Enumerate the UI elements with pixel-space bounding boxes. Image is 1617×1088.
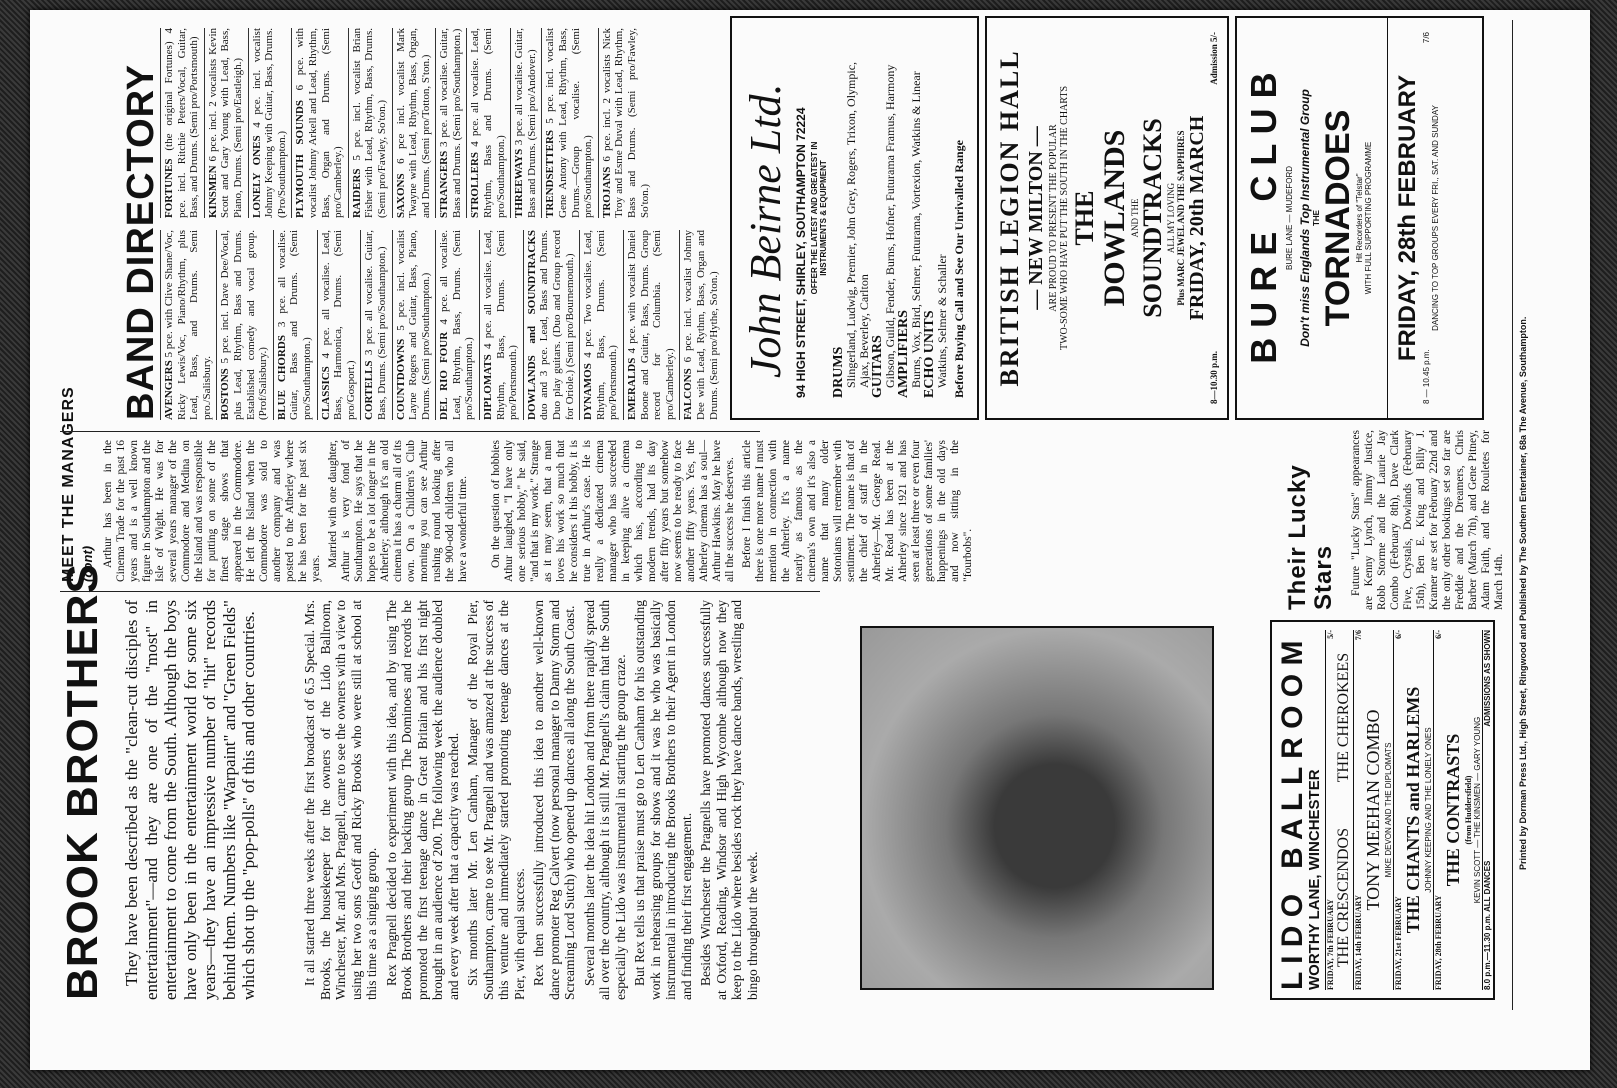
article-paragraph: Before I finish this article there is on…	[741, 440, 975, 582]
managers-subtitle: (cont)	[80, 546, 95, 582]
section-items: Slingerland, Ludwig, Premier, John Grey,…	[845, 38, 871, 398]
lucky-stars-headline: Their Lucky Stars	[1285, 430, 1337, 610]
band-entry: BOSTONS 5 pce. incl. Dave Dee/Vocal, plu…	[216, 230, 269, 420]
act-name: TORNADOES	[1321, 18, 1355, 418]
lucky-stars-text: Future "Lucky Stars" appearances are Ken…	[1350, 430, 1510, 610]
john-beirne-address: 94 HIGH STREET, SHIRLEY, SOUTHAMPTON 722…	[794, 107, 808, 398]
act-name: THE CONTRASTS	[1443, 630, 1464, 990]
event-date: FRIDAY, 20th MARCH	[1186, 18, 1209, 418]
band-entry: KINSMEN 6 pce. incl. 2 vocalists Kevin S…	[204, 28, 245, 218]
column-divider	[60, 431, 760, 432]
act-article: THE	[1070, 18, 1100, 418]
band-entry: LONELY ONES 4 pce. incl. vocalist Johnny…	[248, 28, 289, 218]
section-items: Watkins, Selmer & Schaller	[936, 38, 949, 398]
printer-imprint: Printed by Dorman Press Ltd., High Stree…	[1518, 317, 1528, 870]
brook-brothers-photo	[860, 626, 1214, 990]
support-act: KEVIN SCOTT — THE KINSMEN — GARY YOUNG	[1473, 630, 1482, 990]
club-title: B U R E C L U B	[1243, 18, 1285, 418]
club-tagline: Don't miss Englands Top Instrumental Gro…	[1298, 18, 1312, 418]
article-paragraph: Besides Winchester the Pragnells have pr…	[698, 600, 760, 1000]
band-entry: DIPLOMATS 4 pce. all vocalise. Lead, Rhy…	[479, 230, 520, 420]
act-name: DOWLANDS	[1100, 18, 1130, 418]
band-entry: EMERALDS 4 pce. with vocalist Daniel Boo…	[623, 230, 676, 420]
band-entry: FORTUNES (the original Fortunes) 4 pce. …	[160, 28, 201, 218]
club-footer: DANCING TO TOP GROUPS EVERY FRI., SAT. A…	[1431, 18, 1440, 418]
band-entry: SAXONS 6 pce incl. vocalist Mark Twayne …	[392, 28, 433, 218]
event-time: 8—10.30 p.m.	[1209, 351, 1219, 404]
song-title: ALL MY LOVING	[1166, 18, 1176, 418]
john-beirne-name: John Beirne Ltd.	[740, 83, 791, 378]
act-name: SOUNDTRACKS	[1140, 18, 1166, 418]
band-directory-headline: BAND DIRECTORY	[120, 64, 163, 420]
brook-brothers-intro: They have been described as the "clean-c…	[122, 600, 263, 1000]
managers-headline: MEET THE MANAGERS	[60, 386, 78, 582]
act-name: THE CHANTS and HARLEMS	[1403, 630, 1424, 990]
band-entry: BLUE CHORDS 3 pce. all vocalise. Guitar,…	[273, 230, 314, 420]
brook-brothers-body: It all started three weeks after the fir…	[302, 600, 764, 1000]
club-location: BURE LANE — MUDEFORD	[1285, 18, 1294, 418]
support-line: WITH FULL SUPPORTING PROGRAMME	[1364, 18, 1373, 418]
article-paragraph: Rex Pragnell decided to experiment with …	[384, 600, 462, 1000]
column-divider	[60, 591, 820, 592]
band-entry: TROJANS 6 pce. incl. 2 vocalists Nick Tr…	[598, 28, 651, 218]
event-date: FRIDAY, 28th FEBRUARY	[1387, 18, 1422, 418]
john-beirne-ad: John Beirne Ltd. 94 HIGH STREET, SHIRLEY…	[730, 16, 979, 420]
band-directory-col2: FORTUNES (the original Fortunes) 4 pce. …	[160, 28, 654, 218]
band-entry: THREEWAYS 3 pce. all vocalise. Guitar, B…	[510, 28, 538, 218]
article-paragraph: Several months later the idea hit London…	[582, 600, 629, 1000]
band-entry: CLASSICS 4 pce. all vocalise. Lead, Bass…	[317, 230, 358, 420]
band-entry: PLYMOUTH SOUNDS 6 pce. with vocalist Joh…	[291, 28, 344, 218]
act-name: THE CRESCENDOS	[1335, 828, 1353, 967]
band-entry: AVENGERS 5 pce. with Clive Shane/Voc, Ri…	[160, 230, 213, 420]
band-entry: COUNTDOWNS 5 pce. incl. vocalist Layne R…	[392, 230, 433, 420]
lido-event: FRIDAY, 14th FEBRUARY7/6	[1353, 630, 1363, 990]
band-entry: DOWLANDS and SOUNDTRACKS duo and 3 pce. …	[523, 230, 576, 420]
band-directory-col1: AVENGERS 5 pce. with Clive Shane/Voc, Ri…	[160, 230, 723, 420]
lido-event: FRIDAY, 28th FEBRUARY6/-	[1433, 630, 1443, 990]
lido-event: FRIDAY, 21st FEBRUARY6/-	[1393, 630, 1403, 990]
article-paragraph: But Rex tells us that praise must go to …	[632, 600, 694, 1000]
john-beirne-list: DRUMS Slingerland, Ludwig, Premier, John…	[832, 38, 966, 398]
article-paragraph: On the question of hobbies Athur laughed…	[490, 440, 737, 582]
newspaper-page: BROOK BROTHERS They have been described …	[30, 10, 1590, 1070]
venue-title: BRITISH LEGION HALL	[995, 18, 1025, 418]
support-act: Plus MARC JEWEL AND THE SAPPHIRES	[1176, 18, 1186, 418]
lido-title: L I D O B A L L R O O M	[1276, 630, 1310, 990]
article-paragraph: They have been described as the "clean-c…	[122, 600, 259, 1000]
ad-footer: Before Buying Call and See Our Unrivalle…	[953, 38, 966, 398]
article-paragraph: Future "Lucky Stars" appearances are Ken…	[1350, 430, 1506, 610]
band-entry: STROLLERS 4 pce. all vocalise. Lead, Rhy…	[466, 28, 507, 218]
british-legion-ad: BRITISH LEGION HALL — NEW MILTON — ARE P…	[985, 16, 1229, 420]
footer-rule	[1512, 20, 1513, 1010]
article-paragraph: Arthur has been in the Cinema Trade for …	[102, 440, 323, 582]
event-time: 8 — 10.45 p.m.	[1422, 349, 1431, 404]
article-paragraph: Six months later Mr. Len Canham, Manager…	[465, 600, 527, 1000]
band-entry: RAIDERS 5 pce. incl. vocalist Brian Fish…	[348, 28, 389, 218]
act-name: TONY MEEHAN COMBO	[1363, 630, 1384, 990]
band-entry: DYNAMOS 4 pce. Two vocalise. Lead, Rhyth…	[579, 230, 620, 420]
brook-brothers-headline: BROOK BROTHERS	[58, 563, 108, 1000]
managers-article: Arthur has been in the Cinema Trade for …	[102, 440, 474, 582]
band-entry: STRANGERS 3 pce. all vocalise. Guitar, B…	[435, 28, 463, 218]
john-beirne-tagline: OFFER THE LATEST AND GREATEST IN INSTRUM…	[810, 118, 828, 318]
support-act: (from Huddersfield)	[1464, 630, 1473, 990]
band-entry: FALCONS 6 pce. incl. vocalist Johnny Dee…	[679, 230, 720, 420]
event-price: 7/6	[1422, 32, 1431, 43]
band-entry: DEL RIO FOUR 4 pce. all vocalise. Lead, …	[435, 230, 476, 420]
intro-line: TWO-SOME WHO HAVE PUT THE SOUTH IN THE C…	[1059, 18, 1070, 418]
lido-time: 8.0 p.m.—11.30 p.m. ALL DANCES	[1483, 861, 1492, 990]
support-act: JOHNNY KEEPING AND THE LONELY ONES	[1424, 630, 1433, 990]
band-entry: CORTELLS 3 pce. all vocalise. Guitar, Ba…	[360, 230, 388, 420]
act-record: Hit Recorders of "Telstar"	[1355, 18, 1364, 418]
venue-location: — NEW MILTON —	[1025, 18, 1048, 418]
lido-event: FRIDAY, 7th FEBRUARY5/-	[1325, 630, 1335, 990]
support-act: MIKE DEVON AND THE DIPLOMATS	[1384, 630, 1393, 990]
article-paragraph: It all started three weeks after the fir…	[302, 600, 380, 1000]
managers-article-cont: On the question of hobbies Athur laughed…	[490, 440, 979, 582]
article-paragraph: Married with one daughter, Arthur is ver…	[327, 440, 470, 582]
event-admission: Admission 5/-	[1209, 32, 1219, 85]
band-entry: TRENDSETTERS 5 pce. incl. vocalist Gene …	[541, 28, 594, 218]
bure-club-ad: B U R E C L U B BURE LANE — MUDEFORD Don…	[1235, 16, 1484, 420]
intro-line: ARE PROUD TO PRESENT THE POPULAR	[1048, 18, 1059, 418]
lido-admission: ADMISSIONS AS SHOWN	[1483, 630, 1492, 727]
act-name: THE CHEROKEES	[1335, 653, 1353, 782]
article-paragraph: Rex then successfully introduced this id…	[531, 600, 578, 1000]
lido-ballroom-ad: L I D O B A L L R O O M WORTHY LANE, WIN…	[1270, 620, 1495, 1000]
